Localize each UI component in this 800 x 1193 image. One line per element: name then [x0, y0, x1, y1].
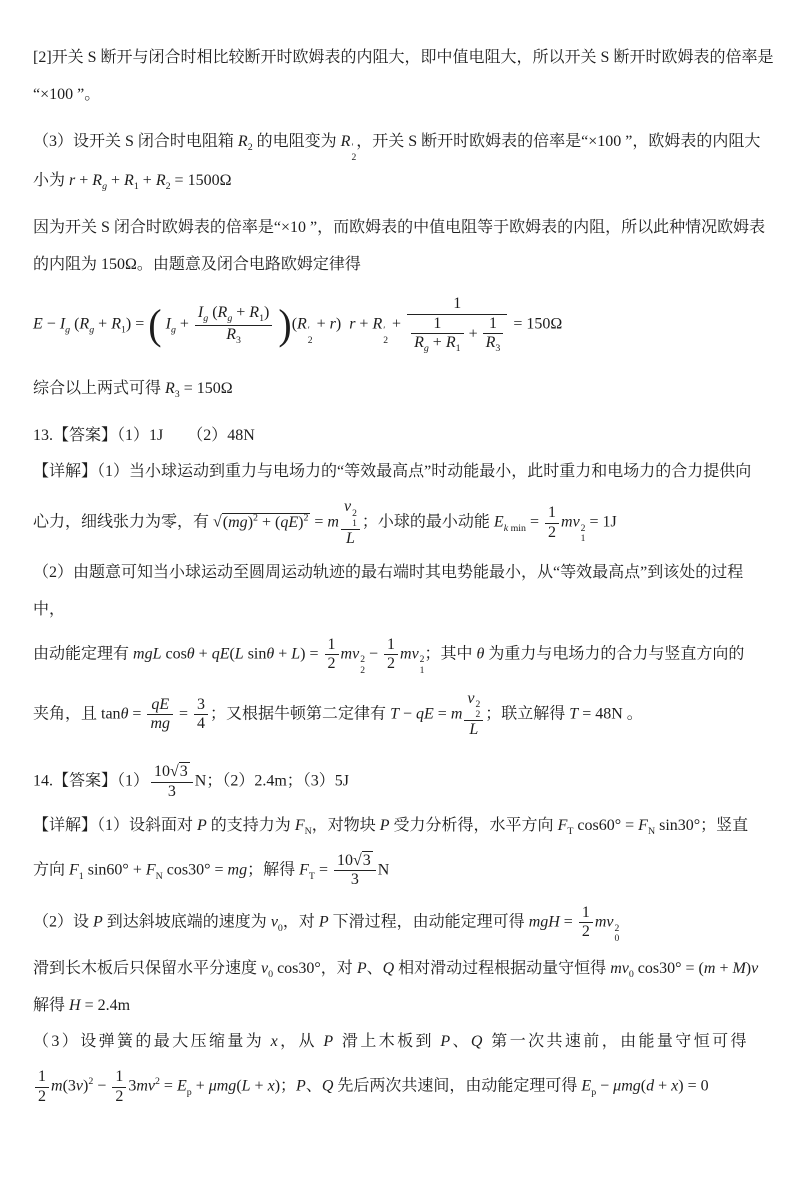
- q13-detail-line1: 【详解】（1）当小球运动到重力与电场力的“等效最高点”时动能最小，此时重力和电场…: [33, 454, 774, 491]
- q14-detail-line2: 方向 F1 sin60° + FN cos30° = mg；解得 FT = 10…: [33, 845, 774, 897]
- part3-line2: 小为 r + Rg + R1 + R2 = 1500Ω: [33, 163, 774, 200]
- q14-part2-line2: 滑到长木板后只保留水平分速度 v0 cos30°，对 P、Q 相对滑动过程根据动…: [33, 951, 774, 988]
- note2-line2: “×100 ”。: [33, 77, 774, 114]
- part3-line1: （3）设开关 S 闭合时电阻箱 R2 的电阻变为 R′2，开关 S 断开时欧姆表…: [33, 124, 774, 163]
- q14-part3-line1: （3）设弹簧的最大压缩量为 x，从 P 滑上木板到 P、Q 第一次共速前，由能量…: [33, 1024, 774, 1061]
- q13-part2-line1: （2）由题意可知当小球运动至圆周运动轨迹的最右端时其电势能最小，从“等效最高点”…: [33, 555, 774, 629]
- q14-part2-line1: （2）设 P 到达斜坡底端的速度为 v0，对 P 下滑过程，由动能定理可得 mg…: [33, 897, 774, 951]
- q14-detail-line1: 【详解】（1）设斜面对 P 的支持力为 FN，对物块 P 受力分析得，水平方向 …: [33, 808, 774, 845]
- q13-detail-line2: 心力，细线张力为零，有 √(mg)2 + (qE)2 = mv21L；小球的最小…: [33, 491, 774, 555]
- note2-line1: [2]开关 S 断开与闭合时相比较断开时欧姆表的内阻大，即中值电阻大，所以开关 …: [33, 40, 774, 77]
- part3-line4: 的内阻为 150Ω。由题意及闭合电路欧姆定律得: [33, 247, 774, 284]
- q13-part2-line3: 夹角，且 tanθ = qEmg = 34；又根据牛顿第二定律有 T − qE …: [33, 683, 774, 747]
- q14-part2-line3: 解得 H = 2.4m: [33, 988, 774, 1025]
- q14-part3-line2: 12m(3v)2 − 123mv2 = Ep + μmg(L + x)；P、Q …: [33, 1061, 774, 1113]
- part3-line3: 因为开关 S 闭合时欧姆表的倍率是“×10 ”，而欧姆表的中值电阻等于欧姆表的内…: [33, 210, 774, 247]
- document-page: [2]开关 S 断开与闭合时相比较断开时欧姆表的内阻大，即中值电阻大，所以开关 …: [0, 0, 800, 1113]
- ohm-law-display-formula: E − Ig (Rg + R1) = ( Ig + Ig (Rg + R1)R3…: [33, 283, 774, 370]
- q14-answer: 14.【答案】（1）10√33N；（2）2.4m；（3）5J: [33, 756, 774, 808]
- part3-conclusion: 综合以上两式可得 R3 = 150Ω: [33, 371, 774, 408]
- q13-answer: 13.【答案】（1）1J （2）48N: [33, 418, 774, 455]
- q13-part2-line2: 由动能定理有 mgL cosθ + qE(L sinθ + L) = 12mv2…: [33, 629, 774, 683]
